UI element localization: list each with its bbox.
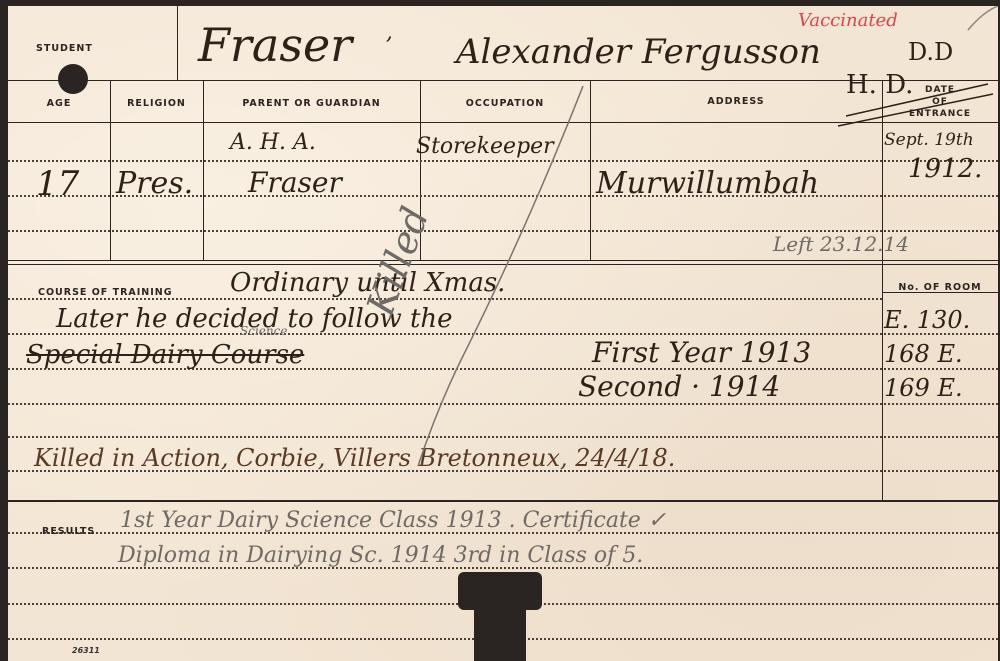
student-record-card: STUDENT AGE RELIGION PARENT OR GUARDIAN … [8, 6, 998, 661]
pencil-strokes [8, 6, 998, 661]
punch-hole [58, 64, 88, 94]
card-tab-cutout-stem [474, 600, 526, 661]
